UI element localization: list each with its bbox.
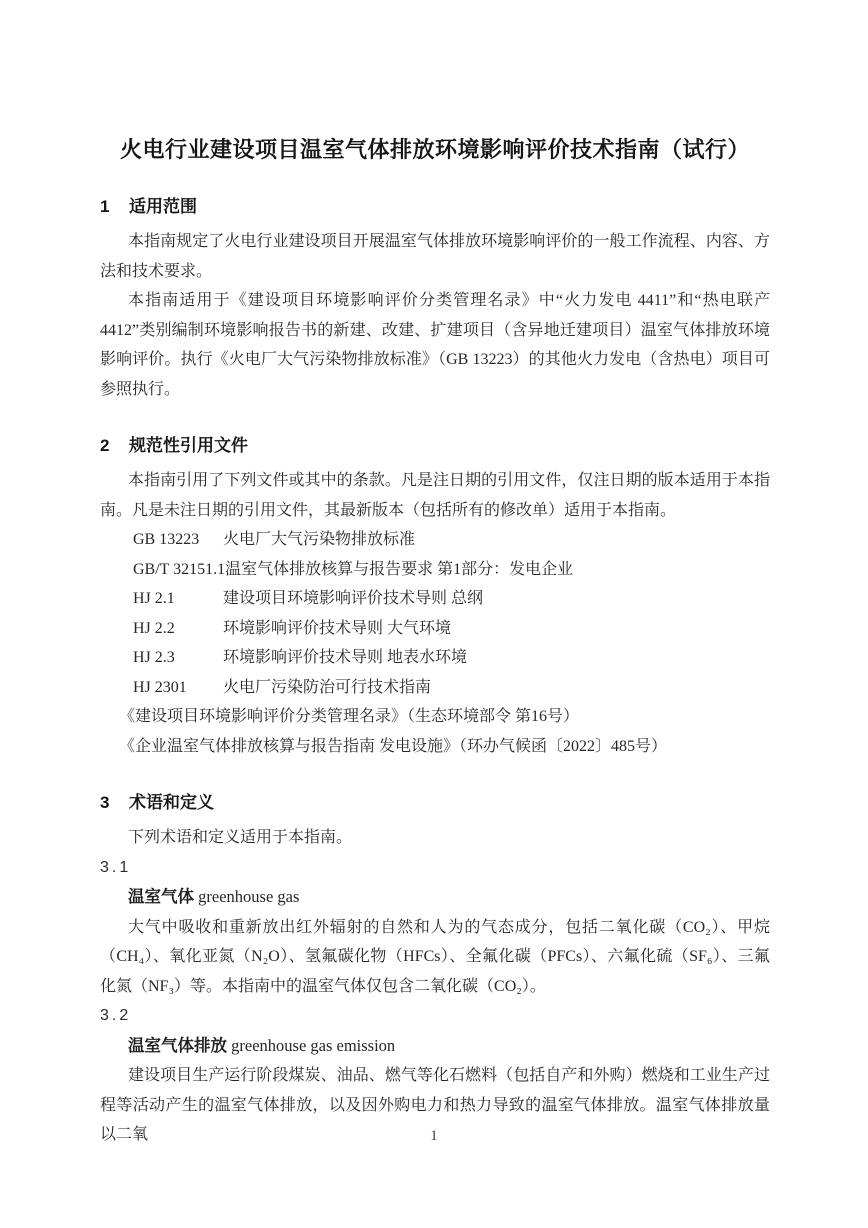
section-3-heading-text: 术语和定义 bbox=[129, 793, 214, 812]
reference-item: HJ 2.1 建设项目环境影响评价技术导则 总纲 bbox=[100, 584, 770, 614]
reference-title: 温室气体排放核算与报告要求 第1部分：发电企业 bbox=[225, 555, 770, 585]
reference-document: 《企业温室气体排放核算与报告指南 发电设施》（环办气候函〔2022〕485号） bbox=[100, 732, 770, 762]
reference-title: 环境影响评价技术导则 大气环境 bbox=[223, 614, 770, 644]
section-3-number: 3 bbox=[100, 791, 129, 815]
page-number: 1 bbox=[0, 1126, 868, 1146]
section-2-number: 2 bbox=[100, 434, 129, 458]
reference-document: 《建设项目环境影响评价分类管理名录》（生态环境部令 第16号） bbox=[100, 702, 770, 732]
document-page: 火电行业建设项目温室气体排放环境影响评价技术指南（试行） 1适用范围 本指南规定… bbox=[0, 0, 868, 1228]
term-title-zh: 温室气体排放 bbox=[128, 1037, 227, 1055]
reference-item: HJ 2.2 环境影响评价技术导则 大气环境 bbox=[100, 614, 770, 644]
section-2-heading-text: 规范性引用文件 bbox=[129, 436, 248, 455]
reference-item: HJ 2.3 环境影响评价技术导则 地表水环境 bbox=[100, 643, 770, 673]
section-1-number: 1 bbox=[100, 195, 129, 219]
section-1-heading-text: 适用范围 bbox=[129, 197, 197, 216]
reference-code: GB 13223 bbox=[133, 525, 223, 555]
reference-code: HJ 2.1 bbox=[133, 584, 223, 614]
paragraph: 下列术语和定义适用于本指南。 bbox=[100, 823, 770, 853]
paragraph: 本指南适用于《建设项目环境影响评价分类管理名录》中“火力发电 4411”和“热电… bbox=[100, 286, 770, 404]
term-definition: 大气中吸收和重新放出红外辐射的自然和人为的气态成分，包括二氧化碳（CO₂）、甲烷… bbox=[100, 913, 770, 1002]
reference-code: HJ 2301 bbox=[133, 673, 223, 703]
section-3-heading: 3术语和定义 bbox=[100, 791, 770, 815]
term-title-zh: 温室气体 bbox=[128, 888, 194, 906]
reference-title: 环境影响评价技术导则 地表水环境 bbox=[223, 643, 770, 673]
reference-title: 建设项目环境影响评价技术导则 总纲 bbox=[223, 584, 770, 614]
term-title: 温室气体 greenhouse gas bbox=[100, 882, 770, 913]
reference-code: HJ 2.2 bbox=[133, 614, 223, 644]
document-title: 火电行业建设项目温室气体排放环境影响评价技术指南（试行） bbox=[100, 135, 770, 165]
reference-code: HJ 2.3 bbox=[133, 643, 223, 673]
paragraph: 本指南规定了火电行业建设项目开展温室气体排放环境影响评价的一般工作流程、内容、方… bbox=[100, 227, 770, 286]
reference-code: GB/T 32151.1 bbox=[133, 555, 225, 585]
reference-item: GB/T 32151.1 温室气体排放核算与报告要求 第1部分：发电企业 bbox=[100, 555, 770, 585]
reference-item: GB 13223 火电厂大气污染物排放标准 bbox=[100, 525, 770, 555]
term-number: 3.1 bbox=[100, 853, 770, 883]
reference-title: 火电厂污染防治可行技术指南 bbox=[223, 673, 770, 703]
term-number: 3.2 bbox=[100, 1001, 770, 1031]
section-1-heading: 1适用范围 bbox=[100, 195, 770, 219]
reference-title: 火电厂大气污染物排放标准 bbox=[223, 525, 770, 555]
term-title-en: greenhouse gas emission bbox=[231, 1036, 395, 1055]
section-2-heading: 2规范性引用文件 bbox=[100, 434, 770, 458]
reference-item: HJ 2301 火电厂污染防治可行技术指南 bbox=[100, 673, 770, 703]
term-title-en: greenhouse gas bbox=[198, 887, 299, 906]
paragraph: 本指南引用了下列文件或其中的条款。凡是注日期的引用文件，仅注日期的版本适用于本指… bbox=[100, 466, 770, 525]
term-title: 温室气体排放 greenhouse gas emission bbox=[100, 1031, 770, 1062]
